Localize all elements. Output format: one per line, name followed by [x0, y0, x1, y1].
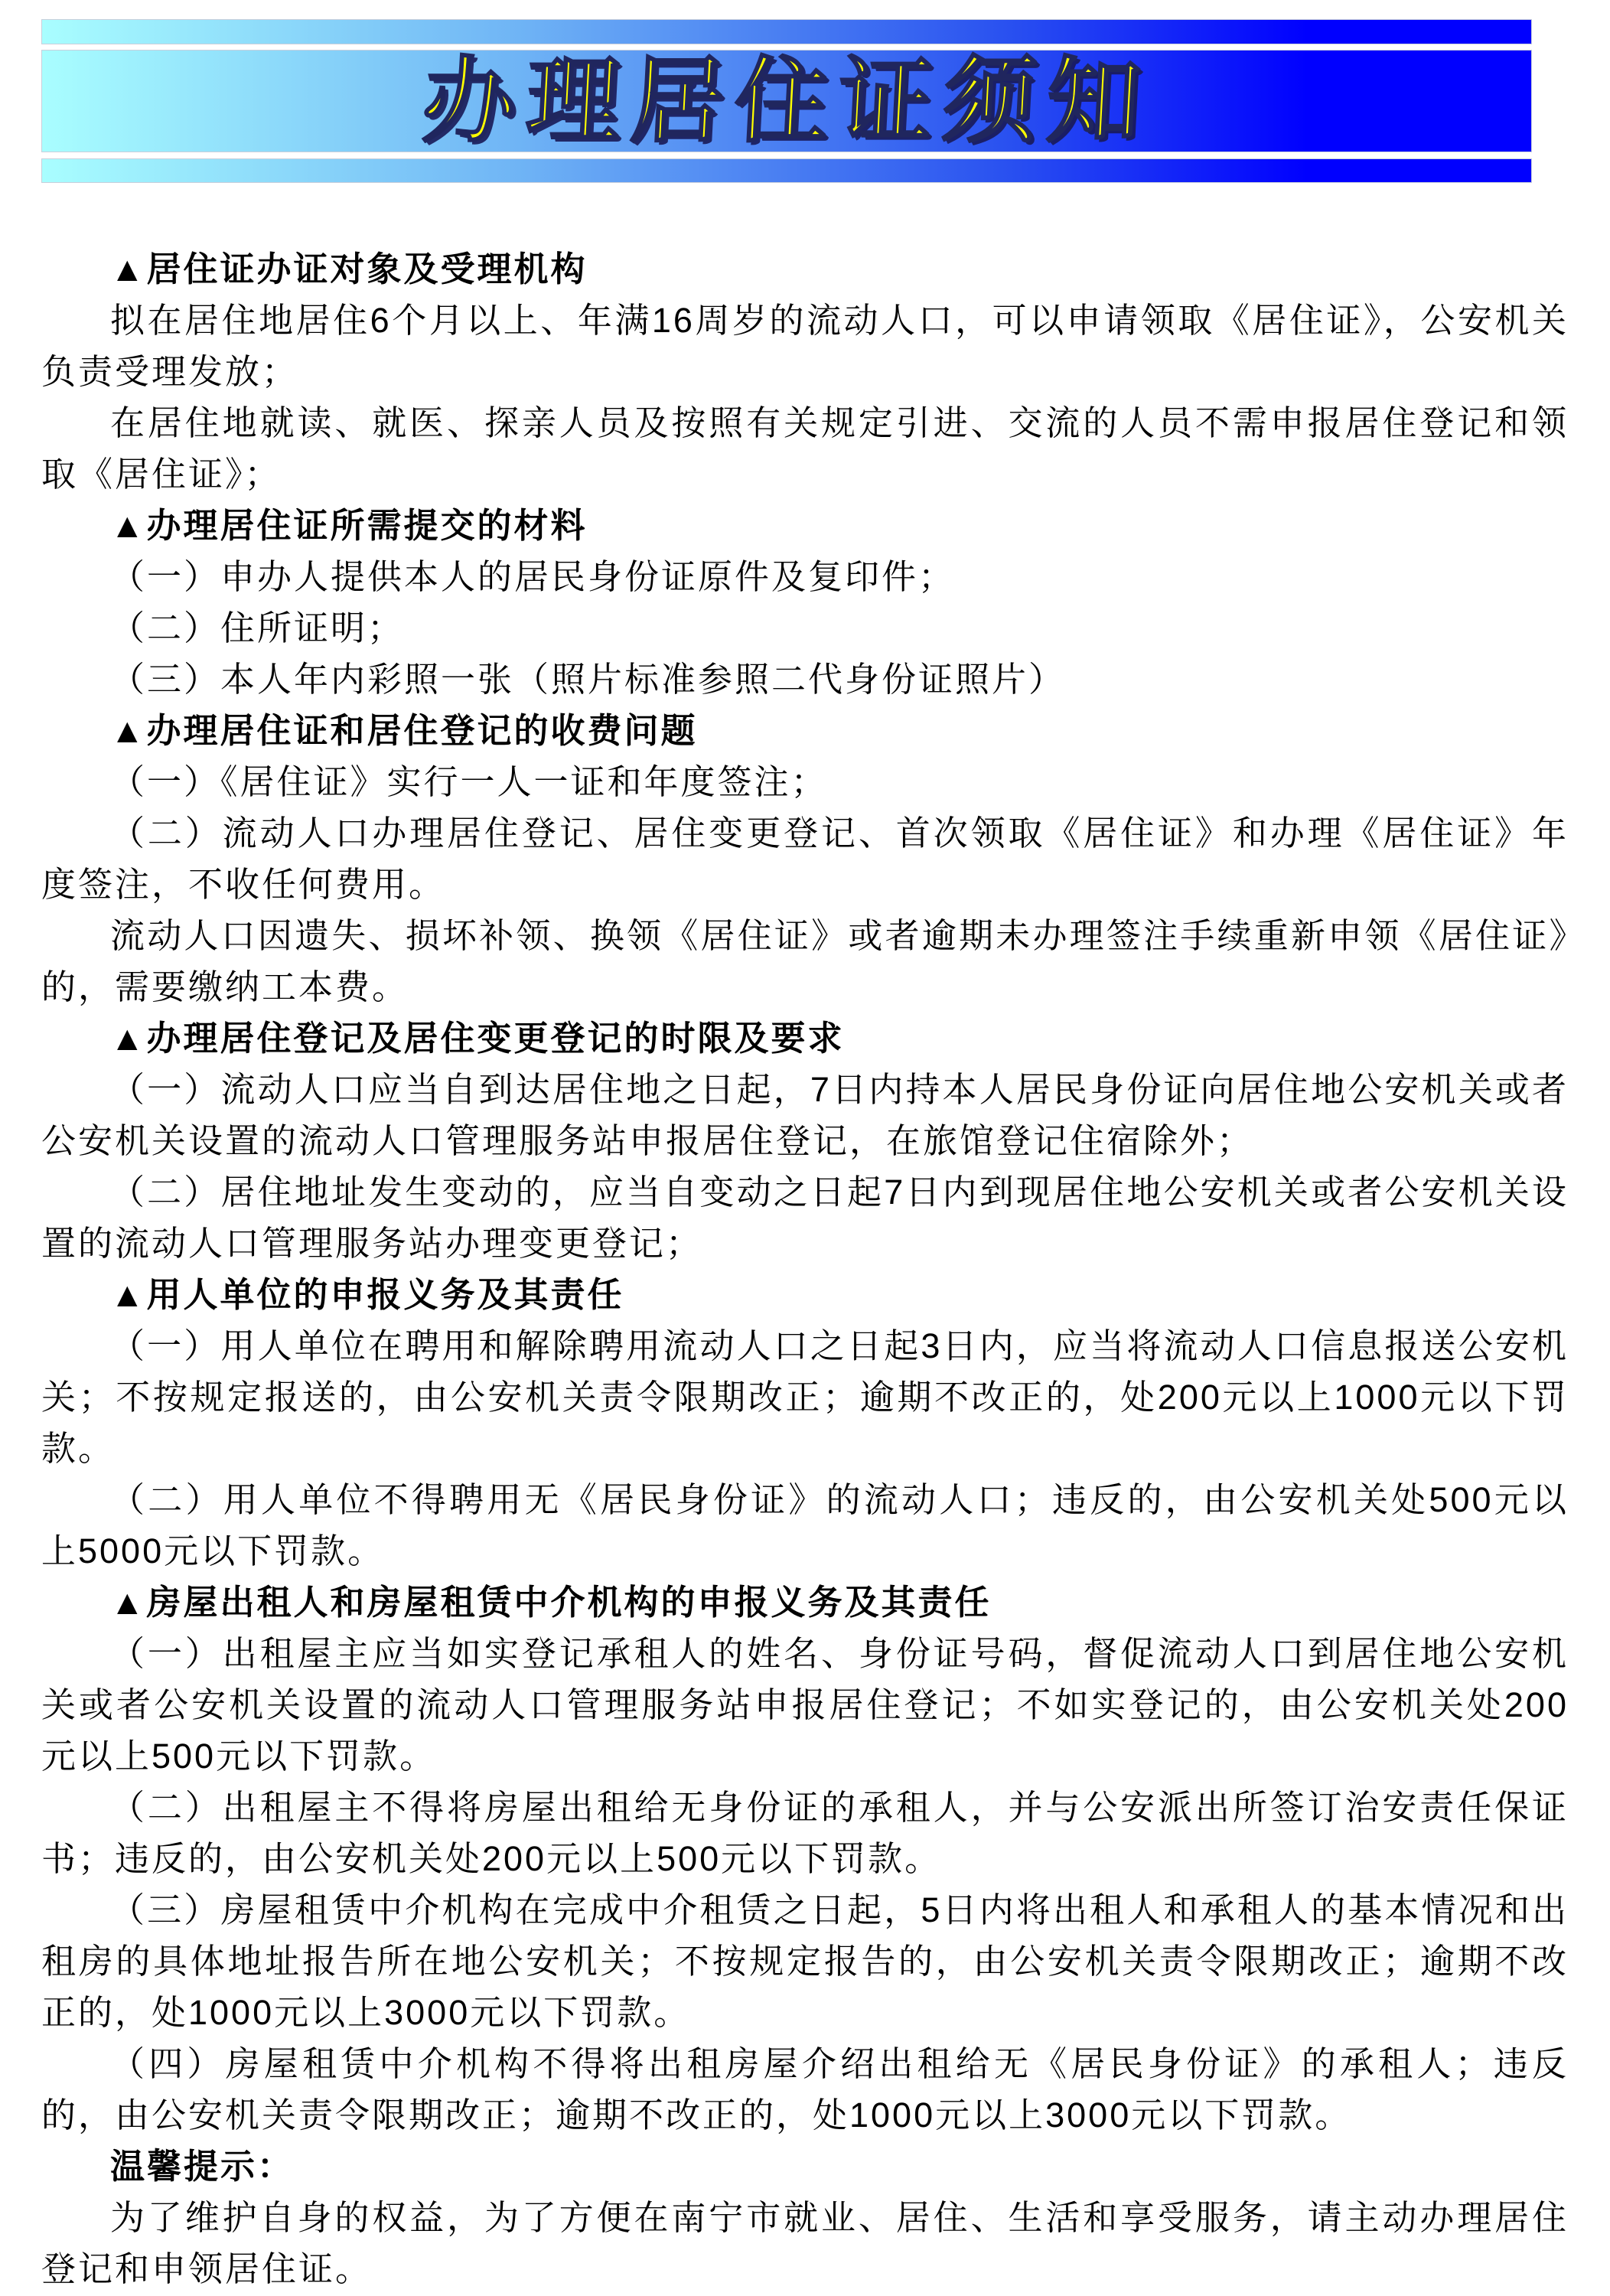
section-heading: ▲居住证办证对象及受理机构	[41, 243, 1569, 295]
paragraph: 流动人口因遗失、损坏补领、换领《居住证》或者逾期未办理签注手续重新申领《居住证》…	[41, 910, 1569, 1013]
section-landlord-agency-duties: ▲房屋出租人和房屋租赁中介机构的申报义务及其责任 （一）出租屋主应当如实登记承租…	[41, 1577, 1569, 2141]
section-heading: ▲办理居住登记及居住变更登记的时限及要求	[41, 1013, 1569, 1064]
section-heading: ▲房屋出租人和房屋租赁中介机构的申报义务及其责任	[41, 1577, 1569, 1628]
section-friendly-reminder: 温馨提示： 为了维护自身的权益，为了方便在南宁市就业、居住、生活和享受服务，请主…	[41, 2141, 1569, 2294]
paragraph: 拟在居住地居住6个月以上、年满16周岁的流动人口，可以申请领取《居住证》，公安机…	[41, 295, 1569, 397]
paragraph: 在居住地就读、就医、探亲人员及按照有关规定引进、交流的人员不需申报居住登记和领取…	[41, 397, 1569, 500]
paragraph: （四）房屋租赁中介机构不得将出租房屋介绍出租给无《居民身份证》的承租人；违反的，…	[41, 2038, 1569, 2141]
paragraph: （二）居住地址发生变动的，应当自变动之日起7日内到现居住地公安机关或者公安机关设…	[41, 1166, 1569, 1269]
banner-title-band: 办理居住证须知	[41, 50, 1532, 152]
page-title: 办理居住证须知	[420, 54, 1153, 148]
notice-page: 办理居住证须知 ▲居住证办证对象及受理机构 拟在居住地居住6个月以上、年满16周…	[0, 0, 1610, 2296]
section-applicants-authority: ▲居住证办证对象及受理机构 拟在居住地居住6个月以上、年满16周岁的流动人口，可…	[41, 243, 1569, 500]
section-time-limits: ▲办理居住登记及居住变更登记的时限及要求 （一）流动人口应当自到达居住地之日起，…	[41, 1013, 1569, 1269]
paragraph: （二）出租屋主不得将房屋出租给无身份证的承租人，并与公安派出所签订治安责任保证书…	[41, 1782, 1569, 1884]
paragraph: （一）用人单位在聘用和解除聘用流动人口之日起3日内，应当将流动人口信息报送公安机…	[41, 1320, 1569, 1474]
section-employer-duties: ▲用人单位的申报义务及其责任 （一）用人单位在聘用和解除聘用流动人口之日起3日内…	[41, 1269, 1569, 1577]
section-heading: ▲用人单位的申报义务及其责任	[41, 1269, 1569, 1320]
section-heading: ▲办理居住证和居住登记的收费问题	[41, 705, 1569, 756]
paragraph: （二）住所证明；	[41, 602, 1569, 654]
paragraph: （一）申办人提供本人的居民身份证原件及复印件；	[41, 551, 1569, 602]
paragraph: （二）用人单位不得聘用无《居民身份证》的流动人口；违反的，由公安机关处500元以…	[41, 1474, 1569, 1577]
paragraph: （二）流动人口办理居住登记、居住变更登记、首次领取《居住证》和办理《居住证》年度…	[41, 807, 1569, 910]
banner-top-stripe	[41, 19, 1532, 44]
banner-bottom-stripe	[41, 158, 1532, 183]
section-heading: ▲办理居住证所需提交的材料	[41, 500, 1569, 551]
banner: 办理居住证须知	[41, 19, 1532, 183]
paragraph: （一）《居住证》实行一人一证和年度签注；	[41, 756, 1569, 807]
section-fees: ▲办理居住证和居住登记的收费问题 （一）《居住证》实行一人一证和年度签注； （二…	[41, 705, 1569, 1013]
section-required-materials: ▲办理居住证所需提交的材料 （一）申办人提供本人的居民身份证原件及复印件； （二…	[41, 500, 1569, 705]
section-heading: 温馨提示：	[41, 2141, 1569, 2192]
paragraph: （一）出租屋主应当如实登记承租人的姓名、身份证号码，督促流动人口到居住地公安机关…	[41, 1628, 1569, 1782]
paragraph: （三）房屋租赁中介机构在完成中介租赁之日起，5日内将出租人和承租人的基本情况和出…	[41, 1884, 1569, 2038]
paragraph: （三）本人年内彩照一张（照片标准参照二代身份证照片）	[41, 654, 1569, 705]
paragraph: （一）流动人口应当自到达居住地之日起，7日内持本人居民身份证向居住地公安机关或者…	[41, 1064, 1569, 1166]
notice-body: ▲居住证办证对象及受理机构 拟在居住地居住6个月以上、年满16周岁的流动人口，可…	[41, 243, 1569, 2294]
paragraph: 为了维护自身的权益，为了方便在南宁市就业、居住、生活和享受服务，请主动办理居住登…	[41, 2192, 1569, 2294]
